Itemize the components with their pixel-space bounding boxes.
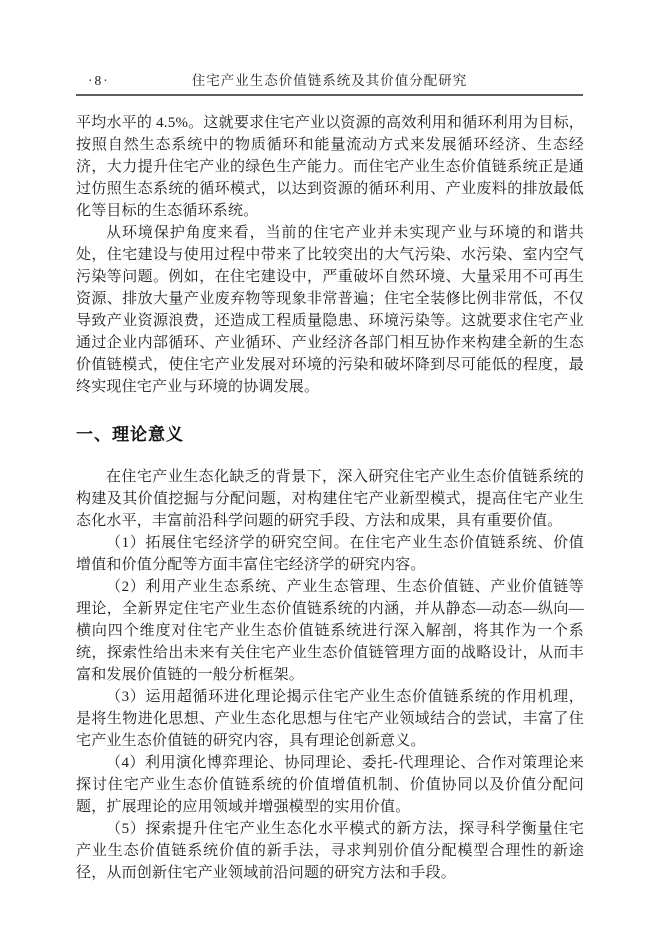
paragraph-numbered-item-5: （5）探索提升住宅产业生态化水平模式的新方法，探寻科学衡量住宅产业生态价值链系统…	[76, 818, 584, 884]
section-heading: 一、理论意义	[76, 424, 584, 446]
page-body: 平均水平的 4.5%。这就要求住宅产业以资源的高效利用和循环利用为目标，按照自然…	[76, 112, 584, 884]
running-title: 住宅产业生态价值链系统及其价值分配研究	[76, 71, 583, 91]
page-number: ·8·	[88, 71, 110, 91]
paragraph-numbered-item-1: （1）拓展住宅经济学的研究空间。在住宅产业生态价值链系统、价值增值和价值分配等方…	[76, 532, 584, 576]
document-page: ·8· 住宅产业生态价值链系统及其价值分配研究 平均水平的 4.5%。这就要求住…	[0, 0, 661, 925]
header-rule	[76, 94, 583, 96]
paragraph-numbered-item-4: （4）利用演化博弈理论、协同理论、委托-代理理论、合作对策理论来探讨住宅产业生态…	[76, 752, 584, 818]
page-header: ·8· 住宅产业生态价值链系统及其价值分配研究	[76, 71, 583, 91]
paragraph-numbered-item-2: （2）利用产业生态系统、产业生态管理、生态价值链、产业价值链等理论，全新界定住宅…	[76, 576, 584, 686]
paragraph-continuation: 平均水平的 4.5%。这就要求住宅产业以资源的高效利用和循环利用为目标，按照自然…	[76, 112, 584, 222]
paragraph-numbered-item-3: （3）运用超循环进化理论揭示住宅产业生态价值链系统的作用机理，是将生物进化思想、…	[76, 686, 584, 752]
paragraph: 在住宅产业生态化缺乏的背景下，深入研究住宅产业生态价值链系统的构建及其价值挖掘与…	[76, 466, 584, 532]
paragraph: 从环境保护角度来看，当前的住宅产业并未实现产业与环境的和谐共处，住宅建设与使用过…	[76, 222, 584, 398]
